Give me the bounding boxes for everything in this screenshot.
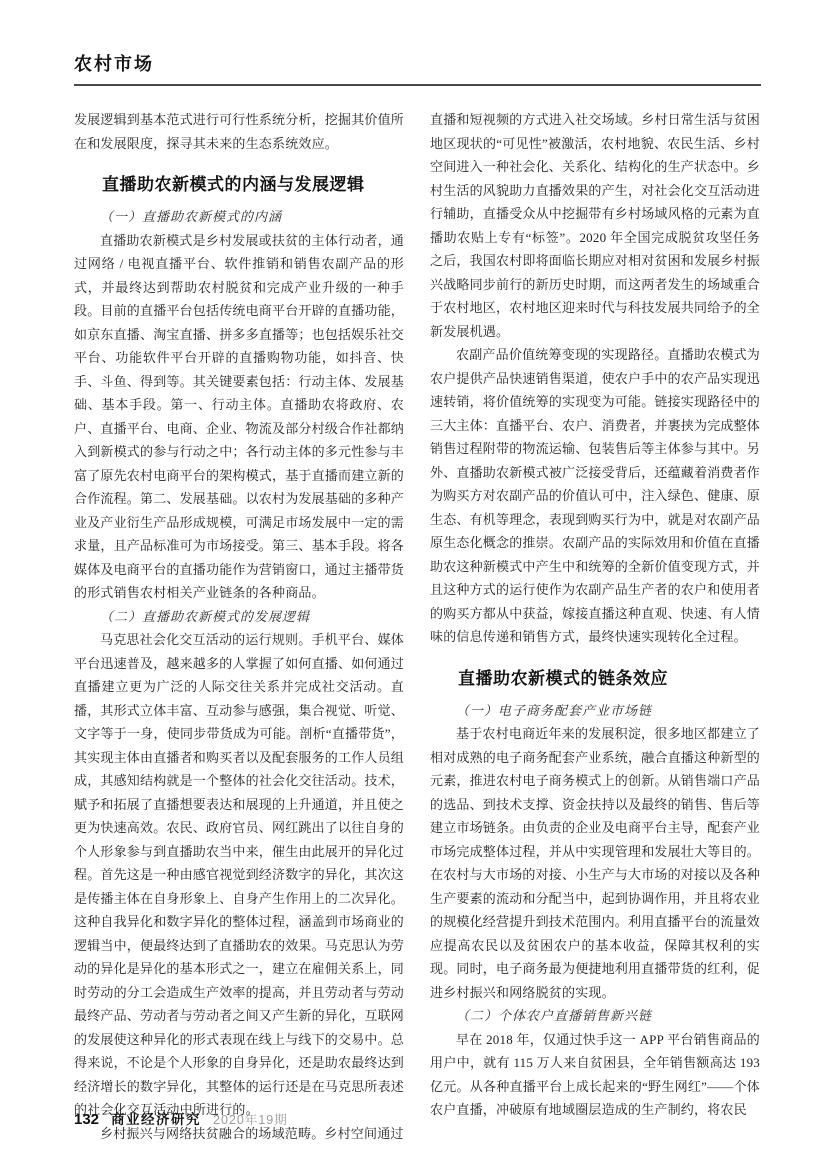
paragraph: 发展逻辑到基本范式进行可行性系统分析，挖掘其价值所在和发展限度，探寻其未来的生态…: [74, 108, 404, 155]
issue-label: 2020年19期: [213, 1110, 288, 1128]
page-container: 农村市场 发展逻辑到基本范式进行可行性系统分析，挖掘其价值所在和发展限度，探寻其…: [0, 0, 827, 1169]
page-footer: 132 商业经济研究 2020年19期: [74, 1108, 288, 1128]
subsection-heading: （二）个体农户直播销售新兴链: [430, 1004, 760, 1028]
section-heading: 直播助农新模式的链条效应: [430, 666, 760, 692]
paragraph: 早在 2018 年，仅通过快手这一 APP 平台销售商品的用户中，就有 115 …: [430, 1028, 760, 1122]
subsection-heading: （一）电子商务配套产业市场链: [430, 699, 760, 723]
page-header: 农村市场: [74, 50, 761, 86]
right-column: 直播和短视频的方式进入社交场域。乡村日常生活与贫困地区现状的“可见性”被激活，农…: [430, 108, 760, 1145]
journal-name: 商业经济研究: [111, 1108, 201, 1128]
section-label: 农村市场: [74, 54, 154, 74]
left-column: 发展逻辑到基本范式进行可行性系统分析，挖掘其价值所在和发展限度，探寻其未来的生态…: [74, 108, 404, 1145]
subsection-heading: （二）直播助农新模式的发展逻辑: [74, 605, 404, 629]
paragraph: 基于农村电商近年来的发展积淀，很多地区都建立了相对成熟的电子商务配套产业系统，融…: [430, 722, 760, 1004]
paragraph: 马克思社会化交互活动的运行规则。手机平台、媒体平台迅速普及，越来越多的人掌握了如…: [74, 628, 404, 1122]
content-columns: 发展逻辑到基本范式进行可行性系统分析，挖掘其价值所在和发展限度，探寻其未来的生态…: [74, 108, 761, 1145]
paragraph: 直播助农新模式是乡村发展或扶贫的主体行动者，通过网络 / 电视直播平台、软件推销…: [74, 229, 404, 605]
page-number: 132: [74, 1111, 99, 1128]
paragraph: 农副产品价值统筹变现的实现路径。直播助农模式为农户提供产品快速销售渠道，使农户手…: [430, 343, 760, 649]
section-heading: 直播助农新模式的内涵与发展逻辑: [74, 172, 404, 198]
subsection-heading: （一）直播助农新模式的内涵: [74, 205, 404, 229]
paragraph: 直播和短视频的方式进入社交场域。乡村日常生活与贫困地区现状的“可见性”被激活，农…: [430, 108, 760, 343]
